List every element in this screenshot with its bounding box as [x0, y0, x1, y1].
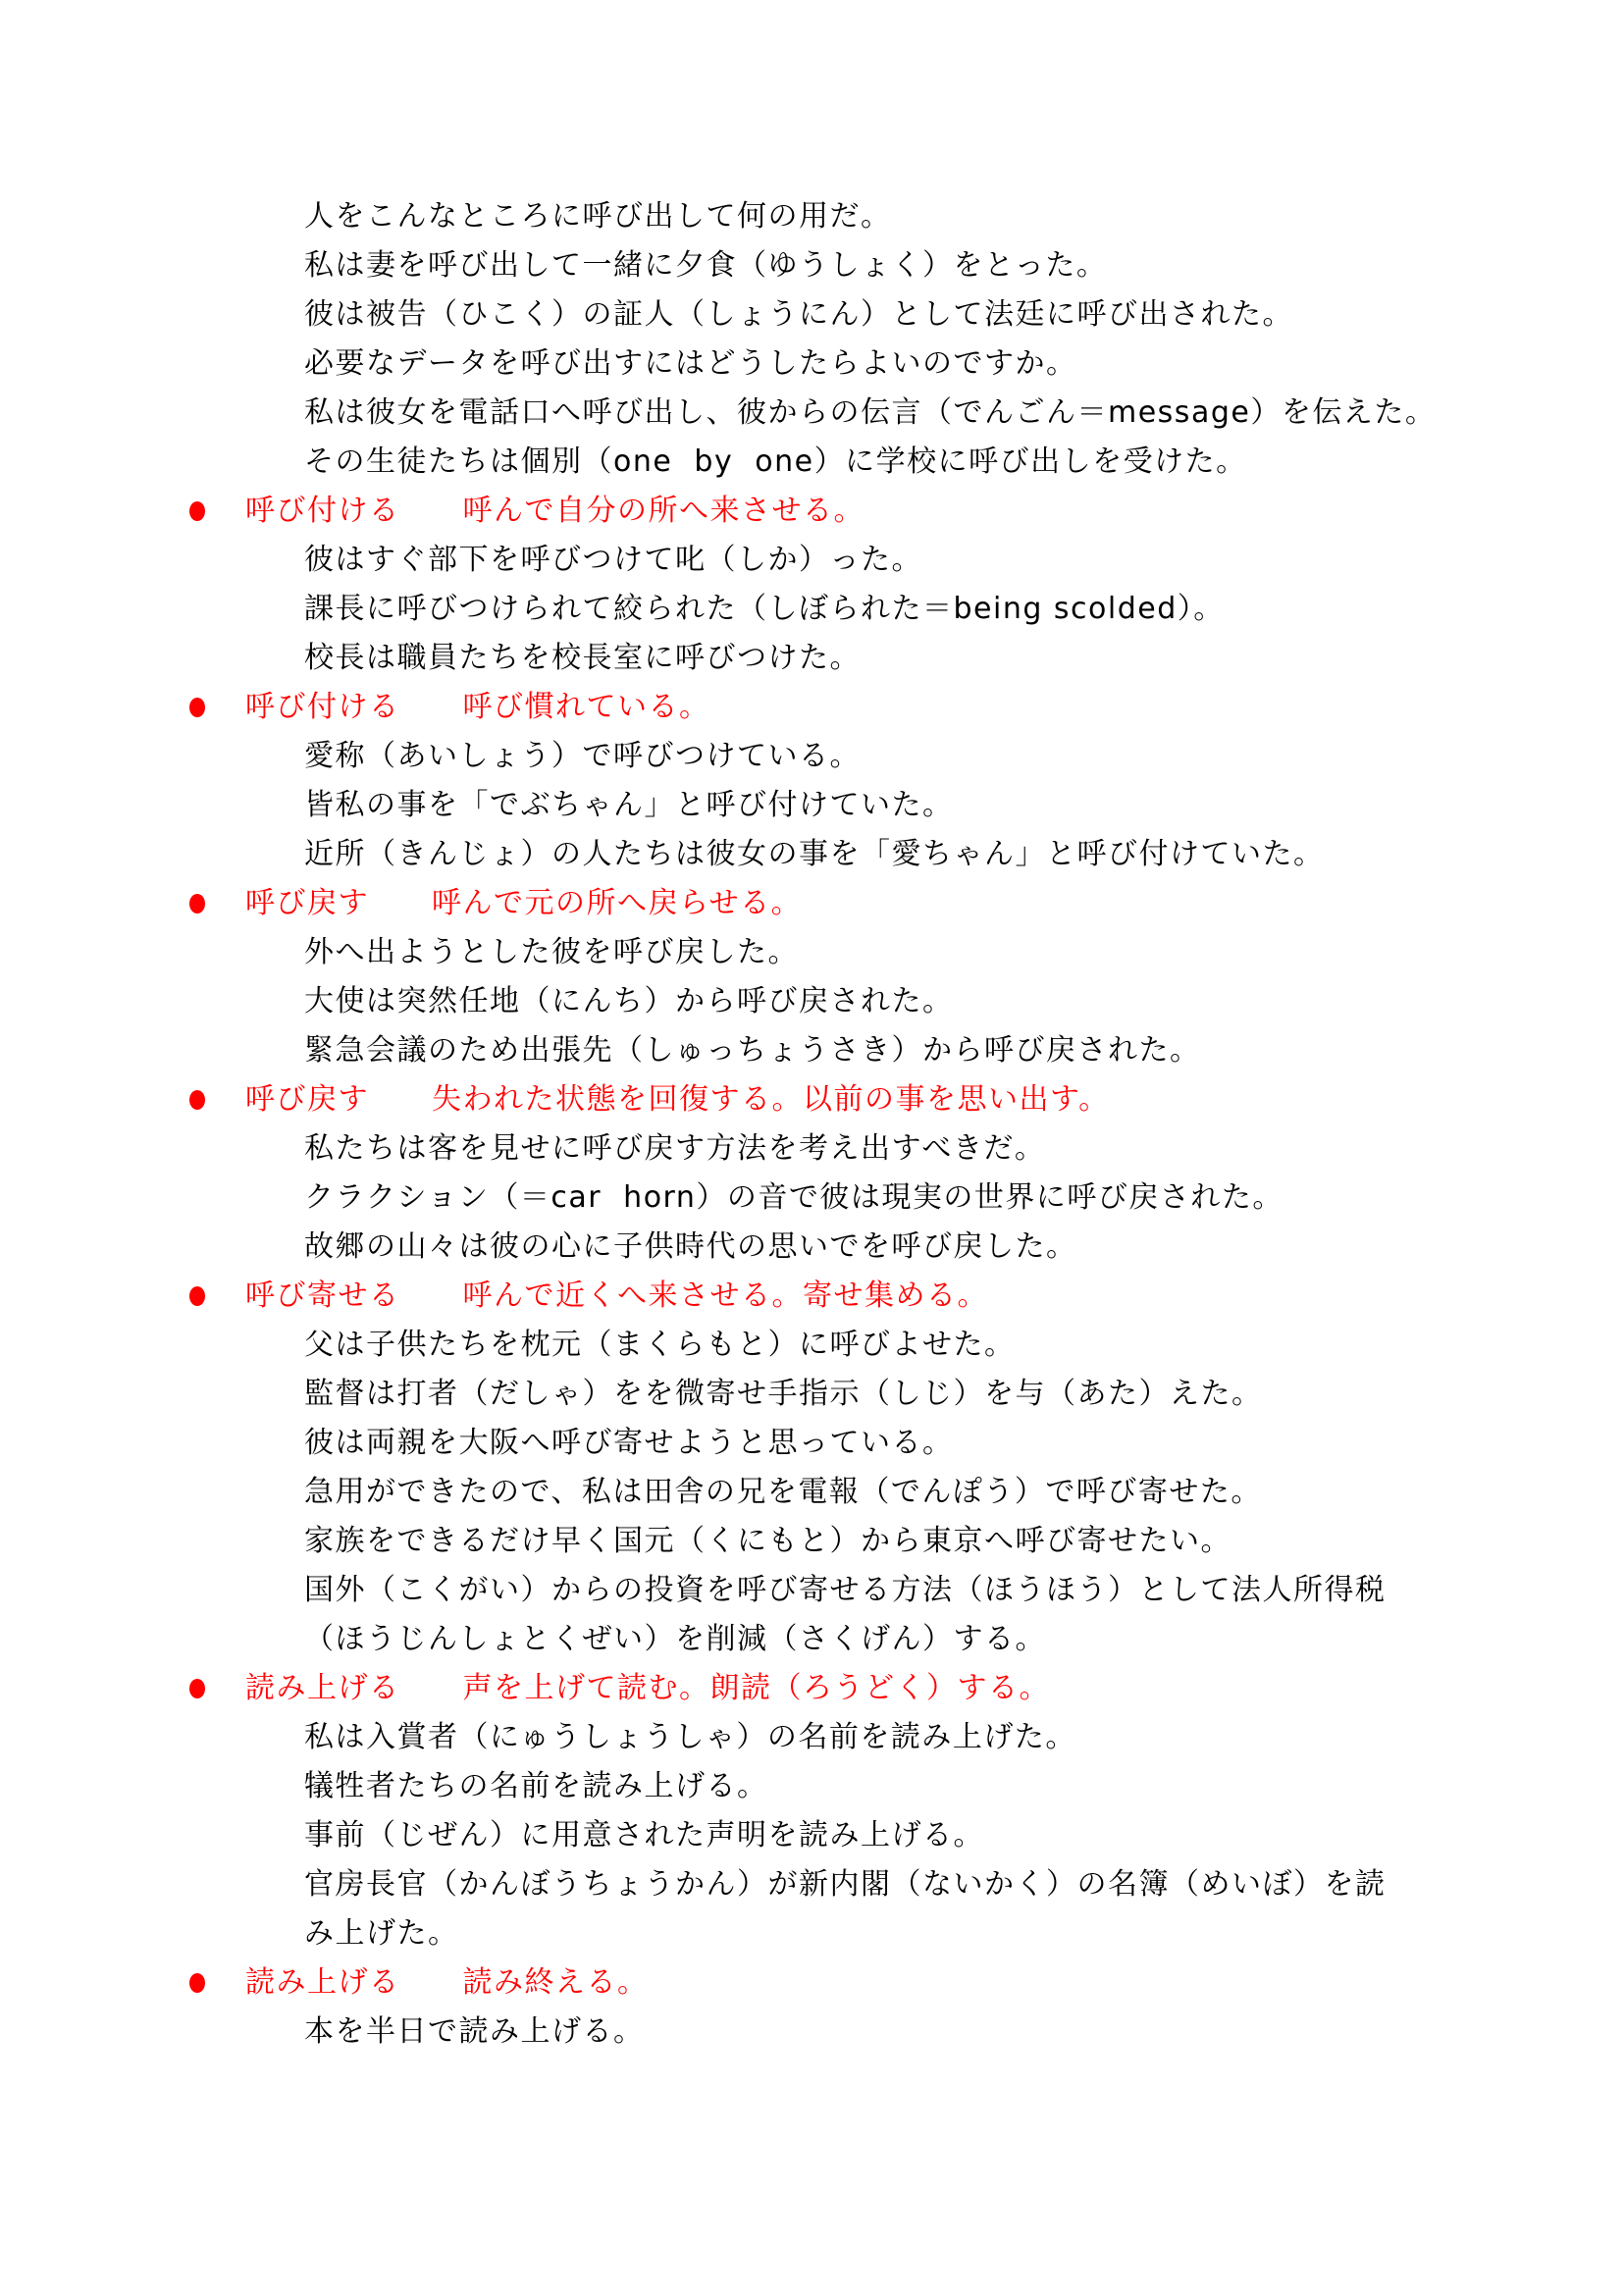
example-sentence: 事前（じぜん）に用意された声明を読み上げる。: [0, 1811, 1624, 1860]
document-body: 人をこんなところに呼び出して何の用だ。私は妻を呼び出して一緒に夕食（ゆうしょく）…: [0, 192, 1624, 2057]
entry-word: 読み上げる: [245, 1664, 400, 1713]
example-sentence: 私は入賞者（にゅうしょうしゃ）の名前を読み上げた。: [0, 1713, 1624, 1762]
entry-word: 呼び戻す: [245, 879, 369, 928]
example-sentence: 犠牲者たちの名前を読み上げる。: [0, 1762, 1624, 1811]
example-sentence: 急用ができたので、私は田舎の兄を電報（でんぽう）で呼び寄せた。: [0, 1468, 1624, 1517]
entry-definition: 失われた状態を回復する。以前の事を思い出す。: [432, 1075, 1110, 1124]
example-sentence: 必要なデータを呼び出すにはどうしたらよいのですか。: [0, 339, 1624, 389]
bullet-icon: [189, 501, 205, 521]
bullet-icon: [189, 1286, 205, 1306]
example-sentence: 彼はすぐ部下を呼びつけて叱（しか）った。: [0, 536, 1624, 585]
entry-definition: 声を上げて読む。朗読（ろうどく）する。: [463, 1664, 1051, 1713]
example-sentence: 彼は両親を大阪へ呼び寄せようと思っている。: [0, 1419, 1624, 1468]
example-sentence: 私たちは客を見せに呼び戻す方法を考え出すべきだ。: [0, 1124, 1624, 1174]
example-sentence: 愛称（あいしょう）で呼びつけている。: [0, 732, 1624, 781]
example-sentence: 私は妻を呼び出して一緒に夕食（ゆうしょく）をとった。: [0, 241, 1624, 290]
example-sentence: （ほうじんしょとくぜい）を削減（さくげん）する。: [0, 1615, 1624, 1664]
entry-definition: 呼んで自分の所へ来させる。: [463, 487, 865, 536]
example-sentence: 外へ出ようとした彼を呼び戻した。: [0, 928, 1624, 977]
example-sentence: 本を半日で読み上げる。: [0, 2008, 1624, 2057]
example-sentence: 官房長官（かんぼうちょうかん）が新内閣（ないかく）の名簿（めいぼ）を読: [0, 1860, 1624, 1909]
document-page: 人をこんなところに呼び出して何の用だ。私は妻を呼び出して一緒に夕食（ゆうしょく）…: [0, 0, 1624, 2296]
example-sentence: 人をこんなところに呼び出して何の用だ。: [0, 192, 1624, 241]
example-sentence: 皆私の事を「でぶちゃん」と呼び付けていた。: [0, 781, 1624, 830]
example-sentence: 故郷の山々は彼の心に子供時代の思いでを呼び戻した。: [0, 1223, 1624, 1272]
example-sentence: 国外（こくがい）からの投資を呼び寄せる方法（ほうほう）として法人所得税: [0, 1566, 1624, 1615]
entry-word: 読み上げる: [245, 1958, 400, 2008]
example-sentence: 監督は打者（だしゃ）をを微寄せ手指示（しじ）を与（あた）えた。: [0, 1370, 1624, 1419]
entry-heading: 読み上げる読み終える。: [0, 1958, 1624, 2008]
entry-heading: 呼び戻す呼んで元の所へ戻らせる。: [0, 879, 1624, 928]
entry-heading: 呼び戻す失われた状態を回復する。以前の事を思い出す。: [0, 1075, 1624, 1124]
bullet-icon: [189, 698, 205, 717]
example-sentence: 課長に呼びつけられて絞られた（しぼられた＝being scolded）。: [0, 585, 1624, 634]
bullet-icon: [189, 1090, 205, 1110]
entry-definition: 呼んで元の所へ戻らせる。: [432, 879, 802, 928]
example-sentence: 校長は職員たちを校長室に呼びつけた。: [0, 634, 1624, 683]
entry-word: 呼び付ける: [245, 487, 400, 536]
entry-word: 呼び寄せる: [245, 1272, 400, 1321]
bullet-icon: [189, 894, 205, 913]
bullet-icon: [189, 1679, 205, 1698]
example-sentence: 父は子供たちを枕元（まくらもと）に呼びよせた。: [0, 1321, 1624, 1370]
example-sentence: 彼は被告（ひこく）の証人（しょうにん）として法廷に呼び出された。: [0, 290, 1624, 339]
entry-heading: 呼び付ける呼び慣れている。: [0, 683, 1624, 732]
entry-word: 呼び付ける: [245, 683, 400, 732]
entry-definition: 呼んで近くへ来させる。寄せ集める。: [463, 1272, 989, 1321]
example-sentence: み上げた。: [0, 1909, 1624, 1958]
entry-heading: 読み上げる声を上げて読む。朗読（ろうどく）する。: [0, 1664, 1624, 1713]
bullet-icon: [189, 1973, 205, 1993]
entry-heading: 呼び付ける呼んで自分の所へ来させる。: [0, 487, 1624, 536]
entry-definition: 呼び慣れている。: [463, 683, 710, 732]
example-sentence: クラクション（＝car horn）の音で彼は現実の世界に呼び戻された。: [0, 1174, 1624, 1223]
example-sentence: 大使は突然任地（にんち）から呼び戻された。: [0, 977, 1624, 1026]
example-sentence: 家族をできるだけ早く国元（くにもと）から東京へ呼び寄せたい。: [0, 1517, 1624, 1566]
entry-word: 呼び戻す: [245, 1075, 369, 1124]
example-sentence: 緊急会議のため出張先（しゅっちょうさき）から呼び戻された。: [0, 1026, 1624, 1075]
example-sentence: 私は彼女を電話口へ呼び出し、彼からの伝言（でんごん＝message）を伝えた。: [0, 389, 1624, 438]
entry-definition: 読み終える。: [463, 1958, 649, 2008]
example-sentence: その生徒たちは個別（one by one）に学校に呼び出しを受けた。: [0, 438, 1624, 487]
example-sentence: 近所（きんじょ）の人たちは彼女の事を「愛ちゃん」と呼び付けていた。: [0, 830, 1624, 879]
entry-heading: 呼び寄せる呼んで近くへ来させる。寄せ集める。: [0, 1272, 1624, 1321]
